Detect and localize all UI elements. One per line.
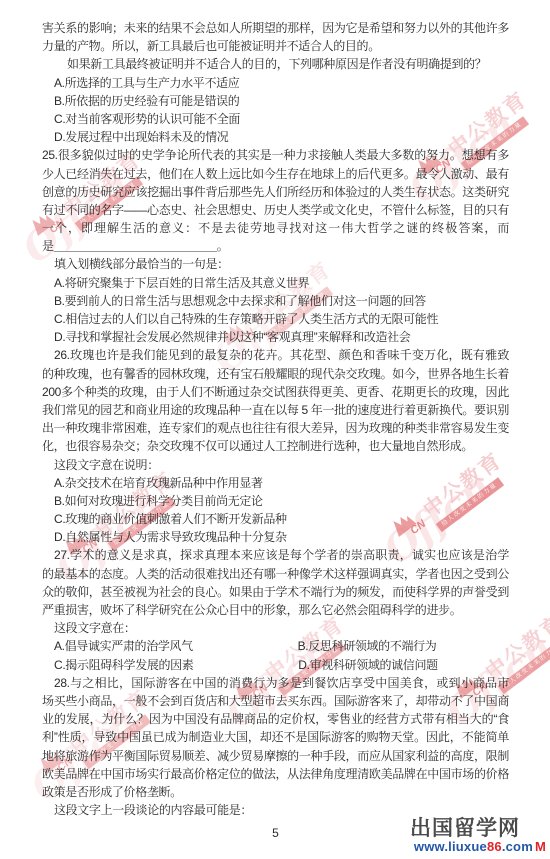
text-line: B.所依据的历史经验有可能是错误的 <box>42 92 509 110</box>
text-line: 众的敬仰，甚至被视为社会的良心。如果由于学术不端行为的频发，而使科学界的声誉受到 <box>42 583 509 601</box>
text-line: 利”性质，导致中国虽已成为制造业大国，却还不是国际游客的购物天堂。因此，不能简单 <box>42 728 509 746</box>
text-line: 力量的产物。所以，新工具最后也可能被证明并不适合人的目的。 <box>42 37 509 55</box>
text-line: 少人已经消失在过去，他们在人数上远比如今生存在地球上的后代更多。最令人激动、最有 <box>42 165 509 183</box>
text-line: B.要到前人的日常生活与思想观念中去探求和了解他们对这一问题的回答 <box>42 292 509 310</box>
text-line: A.将研究聚集于下层百姓的日常生活及其意义世界 <box>42 274 509 292</box>
text-line: 的种玫瑰，也有馨香的园林玫瑰，还有宝石般耀眼的现代杂交玫瑰。如今，世界各地生长着 <box>42 365 509 383</box>
text-line: 政策是否形成了价格垄断。 <box>42 783 509 801</box>
site-logo: 出国留学网 www.liuxue86.comM <box>410 817 546 853</box>
text-line: 一个，即理解生活的意义：不是去徒劳地寻找对这一伟大哲学之谜的终极答案，而 <box>42 219 509 237</box>
text-line: 25.很多貌似过时的史学争论所代表的其实是一种力求接触人类最大多数的努力。想想有… <box>42 146 509 164</box>
text-line: 填入划横线部分最恰当的一句是： <box>42 255 509 273</box>
text-line: 地将旅游作为平衡国际贸易顺差、减少贸易摩擦的一种手段，而应从国家利益的高度，限制 <box>42 747 509 765</box>
text-line: A.所选择的工具与生产力水平不适应 <box>42 74 509 92</box>
text-line: 27.学术的意义是求真，探求真理本来应该是每个学者的崇高职责，诚实也应该是治学 <box>42 546 509 564</box>
text-line: 200多个种类的玫瑰，由于人们不断通过杂交试图获得更美、更香、花期更长的玫瑰，因… <box>42 383 509 401</box>
text-line: 我们常见的园艺和商业用途的玫瑰品种一直在以每 5 年一批的速度进行着更新换代。要… <box>42 401 509 419</box>
text-line: 的最基本的态度。人类的活动很难找出还有哪一种像学术这样强调真实，学者也因之受到公 <box>42 565 509 583</box>
site-url-mark-icon: M <box>535 839 546 854</box>
document-lines: 害关系的影响；未来的结果不会总如人所期望的那样，因为它是希望和努力以外的其他许多… <box>42 19 509 819</box>
text-line: B.如何对玫瑰进行科学分类目前尚无定论 <box>42 492 509 510</box>
text-line: 业的发展，为什么？因为中国没有品牌商品的定价权，零售业的经营方式带有相当大的“食 <box>42 710 509 728</box>
text-line: 创意的历史研究应该挖掘出事件背后那些先人们所经历和体验过的人类生存状态。这类研究 <box>42 183 509 201</box>
text-line: 这段文字意在： <box>42 619 509 637</box>
text-line: 这段文字意在说明： <box>42 456 509 474</box>
site-url-number: 86 <box>487 839 502 854</box>
text-line: 欧美品牌在中国市场实行最高价格定位的做法，从法律角度理清欧美品牌在中国市场的价格 <box>42 765 509 783</box>
text-line: 28.与之相比，国际游客在中国的消费行为多是到餐饮店享受中国美食，或到小商品市 <box>42 674 509 692</box>
text-line: 有过不同的名字——心态史、社会思想史、历史人类学或文化史，不管什么标签，目的只有 <box>42 201 509 219</box>
site-url: www.liuxue86.comM <box>410 840 546 853</box>
text-line: C.玫瑰的商业价值刺激着人们不断开发新品种 <box>42 510 509 528</box>
text-line: 害关系的影响；未来的结果不会总如人所期望的那样，因为它是希望和努力以外的其他许多 <box>42 19 509 37</box>
text-line: 化，也很容易杂交；杂交玫瑰不仅可以通过人工控制进行选种，也大量地自然形成。 <box>42 437 509 455</box>
text-line: D.自然属性与人为需求导致玫瑰品种十分复杂 <box>42 528 509 546</box>
site-url-prefix: www.liuxue <box>414 839 487 854</box>
text-line: D.发展过程中出现始料未及的情况 <box>42 128 509 146</box>
text-line: 出一种玫瑰非常困难，连专家们的观点也往往有很大差异，因为玫瑰的种类非常容易发生变 <box>42 419 509 437</box>
text-line: A.倡导诚实严肃的治学风气 B.反思科研领域的不端行为 <box>42 637 509 655</box>
text-line: C.揭示阻碍科学发展的因素 D.审视科研领域的诚信问题 <box>42 656 509 674</box>
site-url-suffix: .com <box>502 839 533 854</box>
site-name: 出国留学网 <box>410 817 520 840</box>
text-line: 如果新工具最终被证明并不适合人的目的，下列哪种原因是作者没有明确提到的？ <box>42 55 509 73</box>
text-line: 26.玫瑰也许是我们能见到的最复杂的花卉。其花型、颜色和香味千变万化，既有雅致 <box>42 346 509 364</box>
text-line: A.杂交技术在培育玫瑰新品种中作用显著 <box>42 474 509 492</box>
text-line: 严重损害，败坏了科学研究在公众心目中的形象，那么它必然会阻碍科学的进步。 <box>42 601 509 619</box>
exam-page: Offcn CN 中公教育 给人改变未来的力量 Offcn CN 中公教育 给人… <box>0 0 550 859</box>
text-line: C.相信过去的人们以自己特殊的生存策略开辟了人类生活方式的无限可能性 <box>42 310 509 328</box>
text-line: D.寻找和掌握社会发展必然规律并以这种“客观真理”来解释和改造社会 <box>42 328 509 346</box>
text-line: C.对当前客观形势的认识可能不全面 <box>42 110 509 128</box>
text-line: 场买些小商品，一般不会到百货店和大型超市去买东西。国际游客来了，却带动不了中国商 <box>42 692 509 710</box>
text-line: 是＿＿＿＿＿＿＿＿＿＿＿＿＿＿。 <box>42 237 509 255</box>
